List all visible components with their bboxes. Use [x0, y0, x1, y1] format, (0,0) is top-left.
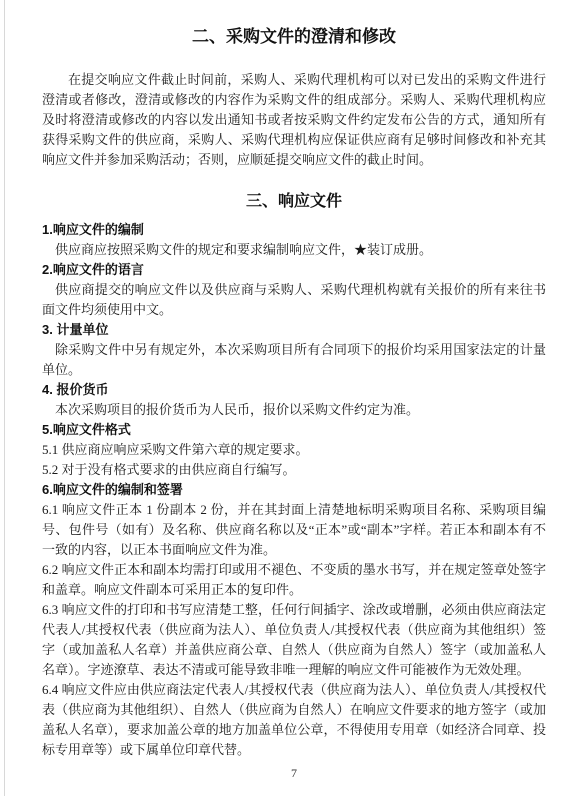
- item-paragraph-6-4: 6.4 响应文件应由供应商法定代表人/其授权代表（供应商为法人）、单位负责人/其…: [42, 680, 546, 760]
- item-paragraph-1: 供应商应按照采购文件的规定和要求编制响应文件，★装订成册。: [42, 240, 546, 260]
- item-heading-5: 5.响应文件格式: [42, 420, 546, 440]
- item-paragraph-6-3: 6.3 响应文件的打印和书写应清楚工整，任何行间插字、涂改或增删，必须由供应商法…: [42, 600, 546, 680]
- section-2-title: 二、采购文件的澄清和修改: [42, 25, 546, 49]
- item-heading-4: 4. 报价货币: [42, 380, 546, 400]
- document-page: 二、采购文件的澄清和修改 在提交响应文件截止时间前，采购人、采购代理机构可以对已…: [0, 0, 586, 796]
- item-paragraph-5-2: 5.2 对于没有格式要求的由供应商自行编写。: [42, 460, 546, 480]
- item-paragraph-5-1: 5.1 供应商应响应采购文件第六章的规定要求。: [42, 440, 546, 460]
- item-paragraph-2: 供应商提交的响应文件以及供应商与采购人、采购代理机构就有关报价的所有来往书面文件…: [42, 280, 546, 320]
- section-3-title: 三、响应文件: [42, 190, 546, 214]
- item-heading-1: 1.响应文件的编制: [42, 220, 546, 240]
- item-heading-2: 2.响应文件的语言: [42, 260, 546, 280]
- item-heading-6: 6.响应文件的编制和签署: [42, 480, 546, 500]
- item-paragraph-6-2: 6.2 响应文件正本和副本均需打印或用不褪色、不变质的墨水书写，并在规定签章处签…: [42, 560, 546, 600]
- item-paragraph-4: 本次采购项目的报价货币为人民币，报价以采购文件约定为准。: [42, 400, 546, 420]
- item-paragraph-3: 除采购文件中另有规定外，本次采购项目所有合同项下的报价均采用国家法定的计量单位。: [42, 340, 546, 380]
- item-paragraph-6-1: 6.1 响应文件正本 1 份副本 2 份，并在其封面上清楚地标明采购项目名称、采…: [42, 500, 546, 560]
- section-2-paragraph: 在提交响应文件截止时间前，采购人、采购代理机构可以对已发出的采购文件进行澄清或者…: [42, 70, 546, 170]
- page-left-edge: [4, 0, 5, 796]
- item-heading-3: 3. 计量单位: [42, 320, 546, 340]
- page-number: 7: [42, 765, 546, 781]
